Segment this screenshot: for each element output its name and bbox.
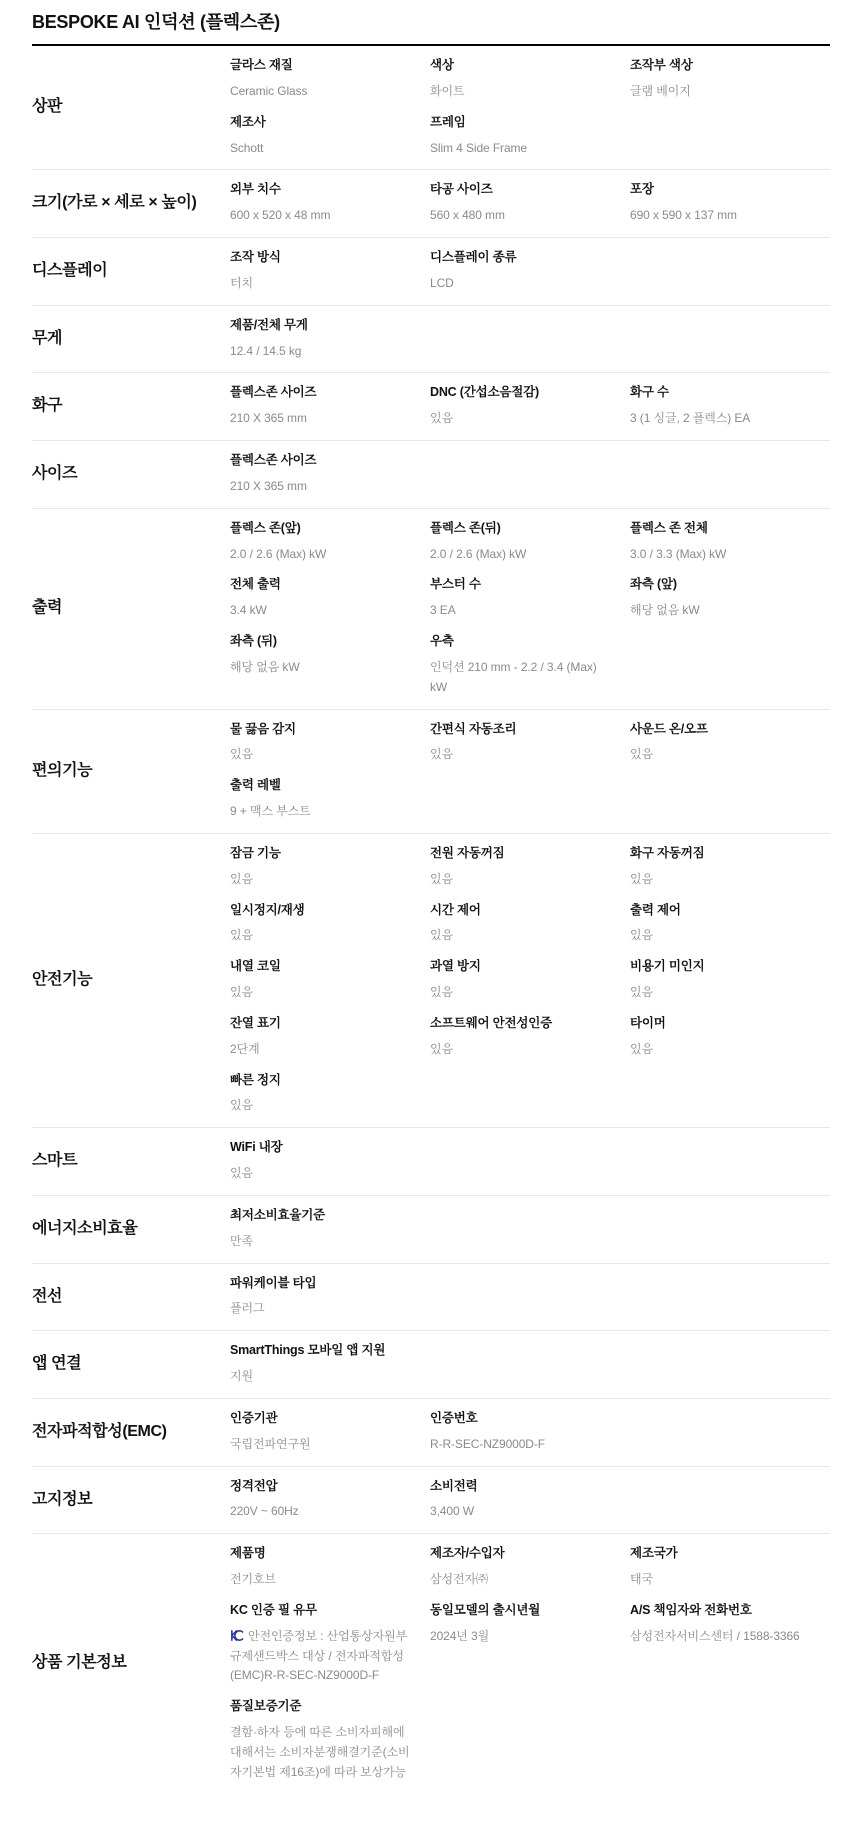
- spec-value-text: 9 + 맥스 부스트: [230, 804, 311, 818]
- spec-item: 색상 화이트: [430, 57, 630, 102]
- spec-item: 외부 치수 600 x 520 x 48 mm: [230, 181, 430, 226]
- spec-value-text: 2단계: [230, 1042, 260, 1056]
- spec-item: 제조사 Schott: [230, 114, 430, 159]
- spec-value-text: 있음: [430, 1042, 453, 1056]
- spec-value: 2024년 3월: [430, 1627, 614, 1647]
- spec-value: 9 + 맥스 부스트: [230, 802, 414, 822]
- spec-value-text: Ceramic Glass: [230, 84, 307, 98]
- spec-value: 210 X 365 mm: [230, 477, 414, 497]
- spec-item: 플렉스 존(앞) 2.0 / 2.6 (Max) kW: [230, 520, 430, 565]
- spec-label: 물 끓음 감지: [230, 721, 414, 738]
- spec-value: 600 x 520 x 48 mm: [230, 206, 414, 226]
- spec-value-text: 해당 없음 kW: [630, 603, 700, 617]
- spec-table: 상판 글라스 재질 Ceramic Glass 색상 화이트 조작부 색상 글램…: [32, 46, 830, 1793]
- category-label: 상품 기본정보: [32, 1653, 230, 1674]
- spec-value-text: 210 X 365 mm: [230, 411, 307, 425]
- spec-item: 소프트웨어 안전성인증 있음: [430, 1015, 630, 1060]
- spec-label: A/S 책임자와 전화번호: [630, 1602, 814, 1619]
- spec-section: 편의기능 물 끓음 감지 있음 간편식 자동조리 있음 사운드 온/오프 있음 …: [32, 710, 830, 834]
- spec-value: 210 X 365 mm: [230, 409, 414, 429]
- spec-value: 터치: [230, 274, 414, 294]
- spec-value-text: 만족: [230, 1234, 253, 1248]
- spec-item: 빠른 정지 있음: [230, 1072, 430, 1117]
- spec-value: 있음: [230, 745, 414, 765]
- spec-value-text: 있음: [230, 1098, 253, 1112]
- spec-value: 글램 베이지: [630, 82, 814, 102]
- spec-value-text: 있음: [630, 985, 653, 999]
- spec-value-text: 인덕션 210 mm - 2.2 / 3.4 (Max) kW: [430, 660, 597, 694]
- spec-item: DNC (간섭소음절감) 있음: [430, 384, 630, 429]
- spec-item: 잠금 기능 있음: [230, 845, 430, 890]
- section-specs: WiFi 내장 있음: [230, 1139, 830, 1184]
- spec-section: 고지정보 정격전압 220V ~ 60Hz 소비전력 3,400 W: [32, 1467, 830, 1535]
- spec-value: 220V ~ 60Hz: [230, 1502, 414, 1522]
- section-specs: 제품/전체 무게 12.4 / 14.5 kg: [230, 317, 830, 362]
- spec-section: 전자파적합성(EMC) 인증기관 국립전파연구원 인증번호 R-R-SEC-NZ…: [32, 1399, 830, 1467]
- spec-value: 2.0 / 2.6 (Max) kW: [430, 545, 614, 565]
- spec-section: 상품 기본정보 제품명 전기호브 제조자/수입자 삼성전자㈜ 제조국가 태국 K…: [32, 1534, 830, 1793]
- spec-label: KC 인증 필 유무: [230, 1602, 414, 1619]
- section-specs: 최저소비효율기준 만족: [230, 1207, 830, 1252]
- category-label: 전자파적합성(EMC): [32, 1422, 230, 1443]
- spec-item: SmartThings 모바일 앱 지원 지원: [230, 1342, 430, 1387]
- section-specs: 잠금 기능 있음 전원 자동꺼짐 있음 화구 자동꺼짐 있음 일시정지/재생 있…: [230, 845, 830, 1116]
- spec-value-text: Slim 4 Side Frame: [430, 141, 527, 155]
- spec-value: 삼성전자서비스센터 / 1588-3366: [630, 1627, 814, 1647]
- spec-label: WiFi 내장: [230, 1139, 414, 1156]
- spec-value-text: 해당 없음 kW: [230, 660, 300, 674]
- spec-value-text: 있음: [230, 747, 253, 761]
- spec-item: 플렉스존 사이즈 210 X 365 mm: [230, 452, 430, 497]
- spec-section: 디스플레이 조작 방식 터치 디스플레이 종류 LCD: [32, 238, 830, 306]
- kc-mark-icon: [230, 1629, 244, 1642]
- spec-item: WiFi 내장 있음: [230, 1139, 430, 1184]
- spec-label: 플렉스 존 전체: [630, 520, 814, 537]
- spec-value: 3.4 kW: [230, 601, 414, 621]
- spec-value: 삼성전자㈜: [430, 1570, 614, 1590]
- spec-label: 타이머: [630, 1015, 814, 1032]
- spec-item: 제조자/수입자 삼성전자㈜: [430, 1545, 630, 1590]
- category-label: 편의기능: [32, 761, 230, 782]
- spec-section: 무게 제품/전체 무게 12.4 / 14.5 kg: [32, 306, 830, 374]
- spec-value-text: 삼성전자㈜: [430, 1572, 488, 1586]
- spec-value-text: 글램 베이지: [630, 84, 691, 98]
- spec-section: 상판 글라스 재질 Ceramic Glass 색상 화이트 조작부 색상 글램…: [32, 46, 830, 170]
- spec-value: 690 x 590 x 137 mm: [630, 206, 814, 226]
- spec-label: 좌측 (앞): [630, 576, 814, 593]
- spec-item: 출력 레벨 9 + 맥스 부스트: [230, 777, 430, 822]
- spec-item: 제조국가 태국: [630, 1545, 830, 1590]
- spec-item: 최저소비효율기준 만족: [230, 1207, 430, 1252]
- section-specs: 외부 치수 600 x 520 x 48 mm 타공 사이즈 560 x 480…: [230, 181, 830, 226]
- spec-item: 과열 방지 있음: [430, 958, 630, 1003]
- spec-item: 조작부 색상 글램 베이지: [630, 57, 830, 102]
- spec-value-text: LCD: [430, 276, 454, 290]
- spec-label: 정격전압: [230, 1478, 414, 1495]
- spec-value-text: 600 x 520 x 48 mm: [230, 208, 330, 222]
- spec-value: 있음: [630, 870, 814, 890]
- spec-value: 3 (1 싱글, 2 플렉스) EA: [630, 409, 814, 429]
- spec-value: LCD: [430, 274, 614, 294]
- section-specs: 조작 방식 터치 디스플레이 종류 LCD: [230, 249, 830, 294]
- spec-item: 일시정지/재생 있음: [230, 902, 430, 947]
- spec-label: 제품명: [230, 1545, 414, 1562]
- spec-label: 글라스 재질: [230, 57, 414, 74]
- spec-item: 물 끓음 감지 있음: [230, 721, 430, 766]
- spec-item: 포장 690 x 590 x 137 mm: [630, 181, 830, 226]
- spec-value: R-R-SEC-NZ9000D-F: [430, 1435, 614, 1455]
- spec-value: 있음: [430, 870, 614, 890]
- spec-value-text: 있음: [430, 747, 453, 761]
- spec-label: 화구 자동꺼짐: [630, 845, 814, 862]
- spec-label: 우측: [430, 633, 614, 650]
- spec-value: Slim 4 Side Frame: [430, 139, 614, 159]
- spec-value: Schott: [230, 139, 414, 159]
- spec-item: 출력 제어 있음: [630, 902, 830, 947]
- spec-value-text: 플러그: [230, 1301, 264, 1315]
- spec-label: 프레임: [430, 114, 614, 131]
- section-specs: 플렉스 존(앞) 2.0 / 2.6 (Max) kW 플렉스 존(뒤) 2.0…: [230, 520, 830, 698]
- spec-label: 조작 방식: [230, 249, 414, 266]
- spec-value-text: 2.0 / 2.6 (Max) kW: [230, 547, 326, 561]
- spec-label: 부스터 수: [430, 576, 614, 593]
- spec-label: 파워케이블 타입: [230, 1275, 414, 1292]
- spec-value: 플러그: [230, 1299, 414, 1319]
- spec-label: 잔열 표기: [230, 1015, 414, 1032]
- spec-section: 전선 파워케이블 타입 플러그: [32, 1264, 830, 1332]
- spec-value-text: 터치: [230, 276, 253, 290]
- spec-item: 내열 코일 있음: [230, 958, 430, 1003]
- spec-item: 프레임 Slim 4 Side Frame: [430, 114, 630, 159]
- spec-value-text: 있음: [430, 411, 453, 425]
- spec-value: 해당 없음 kW: [230, 658, 414, 678]
- spec-value-text: 있음: [230, 928, 253, 942]
- section-specs: 파워케이블 타입 플러그: [230, 1275, 830, 1320]
- spec-section: 에너지소비효율 최저소비효율기준 만족: [32, 1196, 830, 1264]
- spec-value-text: 3,400 W: [430, 1504, 474, 1518]
- spec-value-text: 있음: [630, 928, 653, 942]
- spec-label: 최저소비효율기준: [230, 1207, 414, 1224]
- spec-label: SmartThings 모바일 앱 지원: [230, 1342, 414, 1359]
- spec-label: 조작부 색상: [630, 57, 814, 74]
- spec-value-text: 있음: [430, 928, 453, 942]
- spec-item: 플렉스 존(뒤) 2.0 / 2.6 (Max) kW: [430, 520, 630, 565]
- spec-label: 포장: [630, 181, 814, 198]
- spec-label: 디스플레이 종류: [430, 249, 614, 266]
- spec-item: 정격전압 220V ~ 60Hz: [230, 1478, 430, 1523]
- spec-label: 화구 수: [630, 384, 814, 401]
- spec-value-text: 있음: [230, 872, 253, 886]
- spec-item: 플렉스 존 전체 3.0 / 3.3 (Max) kW: [630, 520, 830, 565]
- spec-value: 2.0 / 2.6 (Max) kW: [230, 545, 414, 565]
- section-specs: 플렉스존 사이즈 210 X 365 mm DNC (간섭소음절감) 있음 화구…: [230, 384, 830, 429]
- spec-item: 우측 인덕션 210 mm - 2.2 / 3.4 (Max) kW: [430, 633, 630, 697]
- spec-value: 결함·하자 등에 따른 소비자피해에 대해서는 소비자분쟁해결기준(소비자기본법…: [230, 1723, 414, 1782]
- spec-value-text: 화이트: [430, 84, 464, 98]
- spec-label: 잠금 기능: [230, 845, 414, 862]
- category-label: 안전기능: [32, 970, 230, 991]
- spec-value-text: 560 x 480 mm: [430, 208, 505, 222]
- category-label: 무게: [32, 329, 230, 350]
- spec-item: 타공 사이즈 560 x 480 mm: [430, 181, 630, 226]
- spec-item: 글라스 재질 Ceramic Glass: [230, 57, 430, 102]
- spec-value-text: 210 X 365 mm: [230, 479, 307, 493]
- spec-item: 사운드 온/오프 있음: [630, 721, 830, 766]
- spec-value: 3.0 / 3.3 (Max) kW: [630, 545, 814, 565]
- spec-item: 비용기 미인지 있음: [630, 958, 830, 1003]
- spec-value-text: 있음: [630, 747, 653, 761]
- spec-value-text: 국립전파연구원: [230, 1437, 310, 1451]
- spec-item: 부스터 수 3 EA: [430, 576, 630, 621]
- spec-label: 인증기관: [230, 1410, 414, 1427]
- spec-value: 있음: [230, 1096, 414, 1116]
- spec-label: 전체 출력: [230, 576, 414, 593]
- spec-value-text: 3 (1 싱글, 2 플렉스) EA: [630, 411, 750, 425]
- spec-label: 품질보증기준: [230, 1698, 414, 1715]
- spec-section: 크기(가로 × 세로 × 높이) 외부 치수 600 x 520 x 48 mm…: [32, 170, 830, 238]
- page-title: BESPOKE AI 인덕션 (플렉스존): [32, 6, 830, 46]
- spec-label: 소프트웨어 안전성인증: [430, 1015, 614, 1032]
- spec-label: 출력 레벨: [230, 777, 414, 794]
- spec-item: 인증기관 국립전파연구원: [230, 1410, 430, 1455]
- spec-value-text: R-R-SEC-NZ9000D-F: [430, 1437, 545, 1451]
- spec-section: 안전기능 잠금 기능 있음 전원 자동꺼짐 있음 화구 자동꺼짐 있음 일시정지…: [32, 834, 830, 1128]
- spec-value: 있음: [430, 926, 614, 946]
- spec-value-text: 2.0 / 2.6 (Max) kW: [430, 547, 526, 561]
- spec-item: 소비전력 3,400 W: [430, 1478, 630, 1523]
- spec-value-text: 태국: [630, 1572, 653, 1586]
- spec-value-text: 있음: [230, 1166, 253, 1180]
- spec-value-text: 있음: [430, 985, 453, 999]
- category-label: 화구: [32, 396, 230, 417]
- spec-value: 있음: [630, 983, 814, 1003]
- spec-value: 있음: [230, 926, 414, 946]
- spec-value-text: 3.4 kW: [230, 603, 267, 617]
- spec-value-text: 있음: [630, 872, 653, 886]
- spec-value: 있음: [430, 1040, 614, 1060]
- spec-value: 있음: [630, 1040, 814, 1060]
- spec-value: 3,400 W: [430, 1502, 614, 1522]
- spec-value: 만족: [230, 1232, 414, 1252]
- spec-value: 있음: [630, 745, 814, 765]
- category-label: 디스플레이: [32, 261, 230, 282]
- category-label: 크기(가로 × 세로 × 높이): [32, 193, 230, 214]
- section-specs: 인증기관 국립전파연구원 인증번호 R-R-SEC-NZ9000D-F: [230, 1410, 830, 1455]
- spec-value: 전기호브: [230, 1570, 414, 1590]
- spec-value-text: 3.0 / 3.3 (Max) kW: [630, 547, 726, 561]
- spec-label: 제조국가: [630, 1545, 814, 1562]
- spec-value-text: 지원: [230, 1369, 253, 1383]
- spec-label: 제조자/수입자: [430, 1545, 614, 1562]
- spec-value: 12.4 / 14.5 kg: [230, 342, 414, 362]
- section-specs: 글라스 재질 Ceramic Glass 색상 화이트 조작부 색상 글램 베이…: [230, 57, 830, 158]
- spec-label: 제품/전체 무게: [230, 317, 414, 334]
- spec-value-text: 2024년 3월: [430, 1629, 489, 1643]
- spec-label: 소비전력: [430, 1478, 614, 1495]
- category-label: 사이즈: [32, 464, 230, 485]
- spec-label: 색상: [430, 57, 614, 74]
- spec-value: Ceramic Glass: [230, 82, 414, 102]
- spec-value: 560 x 480 mm: [430, 206, 614, 226]
- section-specs: 제품명 전기호브 제조자/수입자 삼성전자㈜ 제조국가 태국 KC 인증 필 유…: [230, 1545, 830, 1782]
- category-label: 앱 연결: [32, 1354, 230, 1375]
- spec-item: 타이머 있음: [630, 1015, 830, 1060]
- spec-label: 제조사: [230, 114, 414, 131]
- spec-label: 플렉스 존(앞): [230, 520, 414, 537]
- section-specs: 정격전압 220V ~ 60Hz 소비전력 3,400 W: [230, 1478, 830, 1523]
- spec-item: 좌측 (앞) 해당 없음 kW: [630, 576, 830, 621]
- spec-label: 간편식 자동조리: [430, 721, 614, 738]
- spec-value: 있음: [430, 745, 614, 765]
- spec-section: 사이즈 플렉스존 사이즈 210 X 365 mm: [32, 441, 830, 509]
- spec-value: 태국: [630, 1570, 814, 1590]
- spec-label: 플렉스존 사이즈: [230, 384, 414, 401]
- spec-value: 3 EA: [430, 601, 614, 621]
- spec-label: 플렉스 존(뒤): [430, 520, 614, 537]
- category-label: 출력: [32, 598, 230, 619]
- spec-value: 2단계: [230, 1040, 414, 1060]
- category-label: 고지정보: [32, 1490, 230, 1511]
- spec-value-text: 12.4 / 14.5 kg: [230, 344, 301, 358]
- spec-value: 있음: [630, 926, 814, 946]
- spec-item: A/S 책임자와 전화번호 삼성전자서비스센터 / 1588-3366: [630, 1602, 830, 1647]
- spec-section: 출력 플렉스 존(앞) 2.0 / 2.6 (Max) kW 플렉스 존(뒤) …: [32, 509, 830, 710]
- spec-value: 인덕션 210 mm - 2.2 / 3.4 (Max) kW: [430, 658, 614, 698]
- spec-value-text: Schott: [230, 141, 263, 155]
- spec-label: 내열 코일: [230, 958, 414, 975]
- spec-section: 스마트 WiFi 내장 있음: [32, 1128, 830, 1196]
- category-label: 상판: [32, 97, 230, 118]
- spec-label: 타공 사이즈: [430, 181, 614, 198]
- spec-item: 파워케이블 타입 플러그: [230, 1275, 430, 1320]
- spec-section: 화구 플렉스존 사이즈 210 X 365 mm DNC (간섭소음절감) 있음…: [32, 373, 830, 441]
- spec-label: DNC (간섭소음절감): [430, 384, 614, 401]
- spec-value: 있음: [430, 983, 614, 1003]
- spec-value: 화이트: [430, 82, 614, 102]
- spec-item: 제품명 전기호브: [230, 1545, 430, 1590]
- spec-value-text: 있음: [230, 985, 253, 999]
- spec-label: 비용기 미인지: [630, 958, 814, 975]
- spec-value: 있음: [230, 1164, 414, 1184]
- spec-value-text: 전기호브: [230, 1572, 276, 1586]
- spec-label: 동일모델의 출시년월: [430, 1602, 614, 1619]
- spec-item: 조작 방식 터치: [230, 249, 430, 294]
- spec-item: 전체 출력 3.4 kW: [230, 576, 430, 621]
- spec-item: 디스플레이 종류 LCD: [430, 249, 630, 294]
- spec-value-text: 690 x 590 x 137 mm: [630, 208, 737, 222]
- spec-item: 좌측 (뒤) 해당 없음 kW: [230, 633, 430, 678]
- spec-item: 시간 제어 있음: [430, 902, 630, 947]
- spec-value: 안전인증정보 : 산업통상자원부 규제샌드박스 대상 / 전자파적합성(EMC)…: [230, 1627, 414, 1686]
- spec-item: 품질보증기준 결함·하자 등에 따른 소비자피해에 대해서는 소비자분쟁해결기준…: [230, 1698, 430, 1782]
- spec-label: 플렉스존 사이즈: [230, 452, 414, 469]
- spec-value-text: 삼성전자서비스센터 / 1588-3366: [630, 1629, 800, 1643]
- spec-item: 제품/전체 무게 12.4 / 14.5 kg: [230, 317, 430, 362]
- spec-value-text: 결함·하자 등에 따른 소비자피해에 대해서는 소비자분쟁해결기준(소비자기본법…: [230, 1725, 410, 1779]
- spec-item: 화구 수 3 (1 싱글, 2 플렉스) EA: [630, 384, 830, 429]
- spec-value-text: 안전인증정보 : 산업통상자원부 규제샌드박스 대상 / 전자파적합성(EMC)…: [230, 1629, 407, 1683]
- spec-label: 시간 제어: [430, 902, 614, 919]
- category-label: 스마트: [32, 1151, 230, 1172]
- spec-value: 해당 없음 kW: [630, 601, 814, 621]
- spec-item: 잔열 표기 2단계: [230, 1015, 430, 1060]
- spec-item: 간편식 자동조리 있음: [430, 721, 630, 766]
- spec-value-text: 있음: [430, 872, 453, 886]
- spec-value: 있음: [230, 983, 414, 1003]
- spec-value: 있음: [430, 409, 614, 429]
- section-specs: 플렉스존 사이즈 210 X 365 mm: [230, 452, 830, 497]
- spec-item: 동일모델의 출시년월 2024년 3월: [430, 1602, 630, 1647]
- spec-label: 사운드 온/오프: [630, 721, 814, 738]
- spec-item: 화구 자동꺼짐 있음: [630, 845, 830, 890]
- category-label: 전선: [32, 1287, 230, 1308]
- spec-label: 출력 제어: [630, 902, 814, 919]
- category-label: 에너지소비효율: [32, 1219, 230, 1240]
- section-specs: 물 끓음 감지 있음 간편식 자동조리 있음 사운드 온/오프 있음 출력 레벨…: [230, 721, 830, 822]
- spec-item: 전원 자동꺼짐 있음: [430, 845, 630, 890]
- spec-value: 국립전파연구원: [230, 1435, 414, 1455]
- spec-label: 일시정지/재생: [230, 902, 414, 919]
- spec-label: 인증번호: [430, 1410, 614, 1427]
- spec-item: 인증번호 R-R-SEC-NZ9000D-F: [430, 1410, 630, 1455]
- spec-value-text: 있음: [630, 1042, 653, 1056]
- spec-label: 좌측 (뒤): [230, 633, 414, 650]
- spec-value: 있음: [230, 870, 414, 890]
- spec-section: 앱 연결 SmartThings 모바일 앱 지원 지원: [32, 1331, 830, 1399]
- section-specs: SmartThings 모바일 앱 지원 지원: [230, 1342, 830, 1387]
- spec-value-text: 3 EA: [430, 603, 456, 617]
- spec-item: KC 인증 필 유무 안전인증정보 : 산업통상자원부 규제샌드박스 대상 / …: [230, 1602, 430, 1686]
- spec-label: 전원 자동꺼짐: [430, 845, 614, 862]
- spec-label: 빠른 정지: [230, 1072, 414, 1089]
- spec-item: 플렉스존 사이즈 210 X 365 mm: [230, 384, 430, 429]
- spec-label: 과열 방지: [430, 958, 614, 975]
- spec-label: 외부 치수: [230, 181, 414, 198]
- spec-value: 지원: [230, 1367, 414, 1387]
- spec-value-text: 220V ~ 60Hz: [230, 1504, 299, 1518]
